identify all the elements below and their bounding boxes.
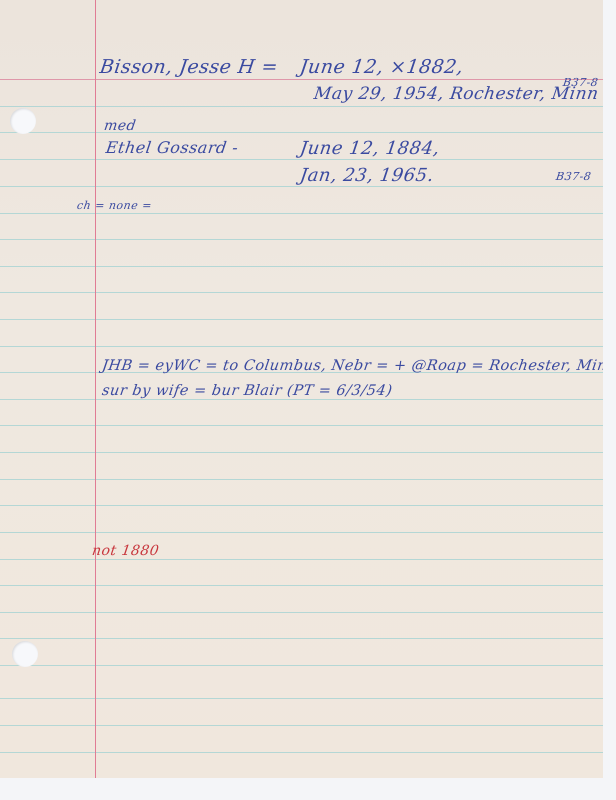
rule-line <box>0 186 603 187</box>
rule-line <box>0 752 603 753</box>
spouse-birth-date: June 12, 1884, <box>299 138 442 159</box>
note-line-2: sur by wife = bur Blair (PT = 6/3/54) <box>101 383 394 399</box>
red-correction-note: not 1880 <box>91 543 160 559</box>
rule-line <box>0 132 603 133</box>
rule-line <box>0 612 603 613</box>
rule-line <box>0 346 603 347</box>
notebook-page: Bisson, Jesse H = June 12, ×1882, May 29… <box>0 0 603 778</box>
birth-date: June 12, ×1882, <box>298 56 465 78</box>
spouse-reference-code: B37-8 <box>555 170 592 183</box>
rule-line <box>0 505 603 506</box>
reference-code: B37-8 <box>562 76 599 89</box>
rule-line <box>0 559 603 560</box>
rule-line <box>0 292 603 293</box>
spouse-death-date: Jan, 23, 1965. <box>299 165 436 186</box>
spouse-name: Ethel Gossard - <box>105 138 240 157</box>
top-red-rule <box>0 79 603 80</box>
rule-line <box>0 452 603 453</box>
margin-line <box>95 0 96 778</box>
rule-line <box>0 213 603 214</box>
person-name: Bisson, Jesse H = <box>98 56 279 78</box>
rule-line <box>0 638 603 639</box>
rule-line <box>0 399 603 400</box>
rule-line <box>0 159 603 160</box>
children-note: ch = none = <box>76 199 153 212</box>
rule-line <box>0 725 603 726</box>
rule-line <box>0 239 603 240</box>
note-line-1: JHB = eyWC = to Columbus, Nebr = + @Roap… <box>101 358 603 374</box>
rule-line <box>0 665 603 666</box>
rule-line <box>0 319 603 320</box>
rule-line <box>0 532 603 533</box>
married-label: med <box>103 118 137 134</box>
death-date-place: May 29, 1954, Rochester, Minn <box>313 84 600 104</box>
punch-hole <box>12 641 38 667</box>
rule-line <box>0 106 603 107</box>
rule-line <box>0 479 603 480</box>
rule-line <box>0 585 603 586</box>
rule-line <box>0 266 603 267</box>
rule-line <box>0 425 603 426</box>
punch-hole <box>10 108 36 134</box>
rule-line <box>0 698 603 699</box>
